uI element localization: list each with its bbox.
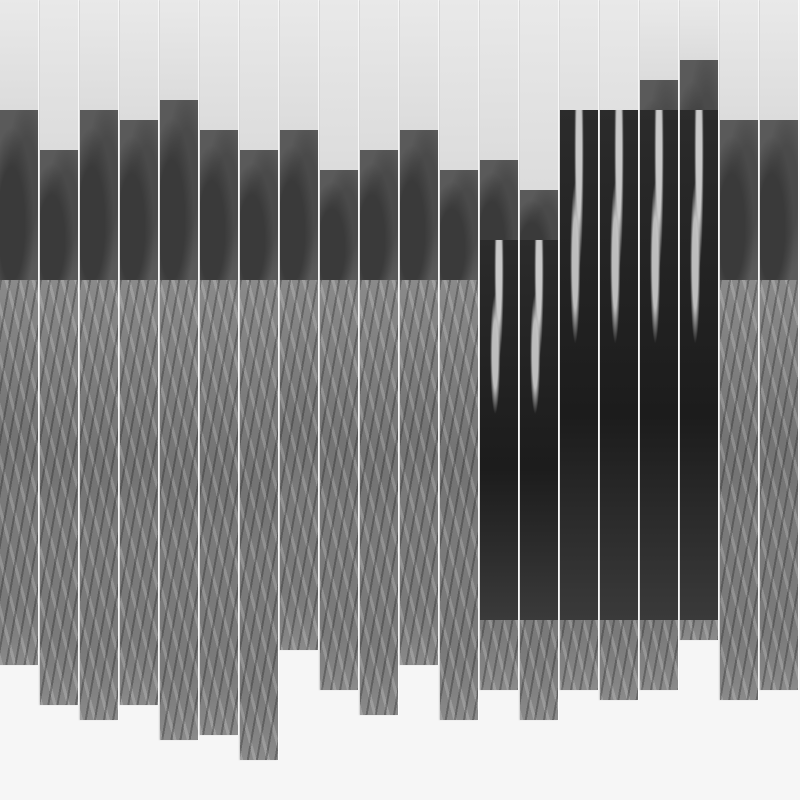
photo-strip — [760, 0, 798, 690]
photo-strip — [440, 0, 478, 720]
photo-strip — [80, 0, 118, 720]
photo-strip — [240, 0, 278, 760]
photo-strip — [640, 0, 678, 690]
sliced-photo-artwork: Black-and-white photograph cut into vert… — [0, 0, 800, 800]
photo-strip — [680, 0, 718, 640]
photo-strip — [560, 0, 598, 690]
photo-strip — [600, 0, 638, 700]
photo-strip — [120, 0, 158, 705]
photo-strip — [40, 0, 78, 705]
photo-strip — [320, 0, 358, 690]
photo-strip — [160, 0, 198, 740]
photo-strip — [280, 0, 318, 650]
photo-strip — [0, 0, 38, 665]
photo-strip — [360, 0, 398, 715]
photo-strip — [520, 0, 558, 720]
photo-strip — [200, 0, 238, 735]
photo-strip — [720, 0, 758, 700]
photo-strip — [480, 0, 518, 690]
photo-strip — [400, 0, 438, 665]
